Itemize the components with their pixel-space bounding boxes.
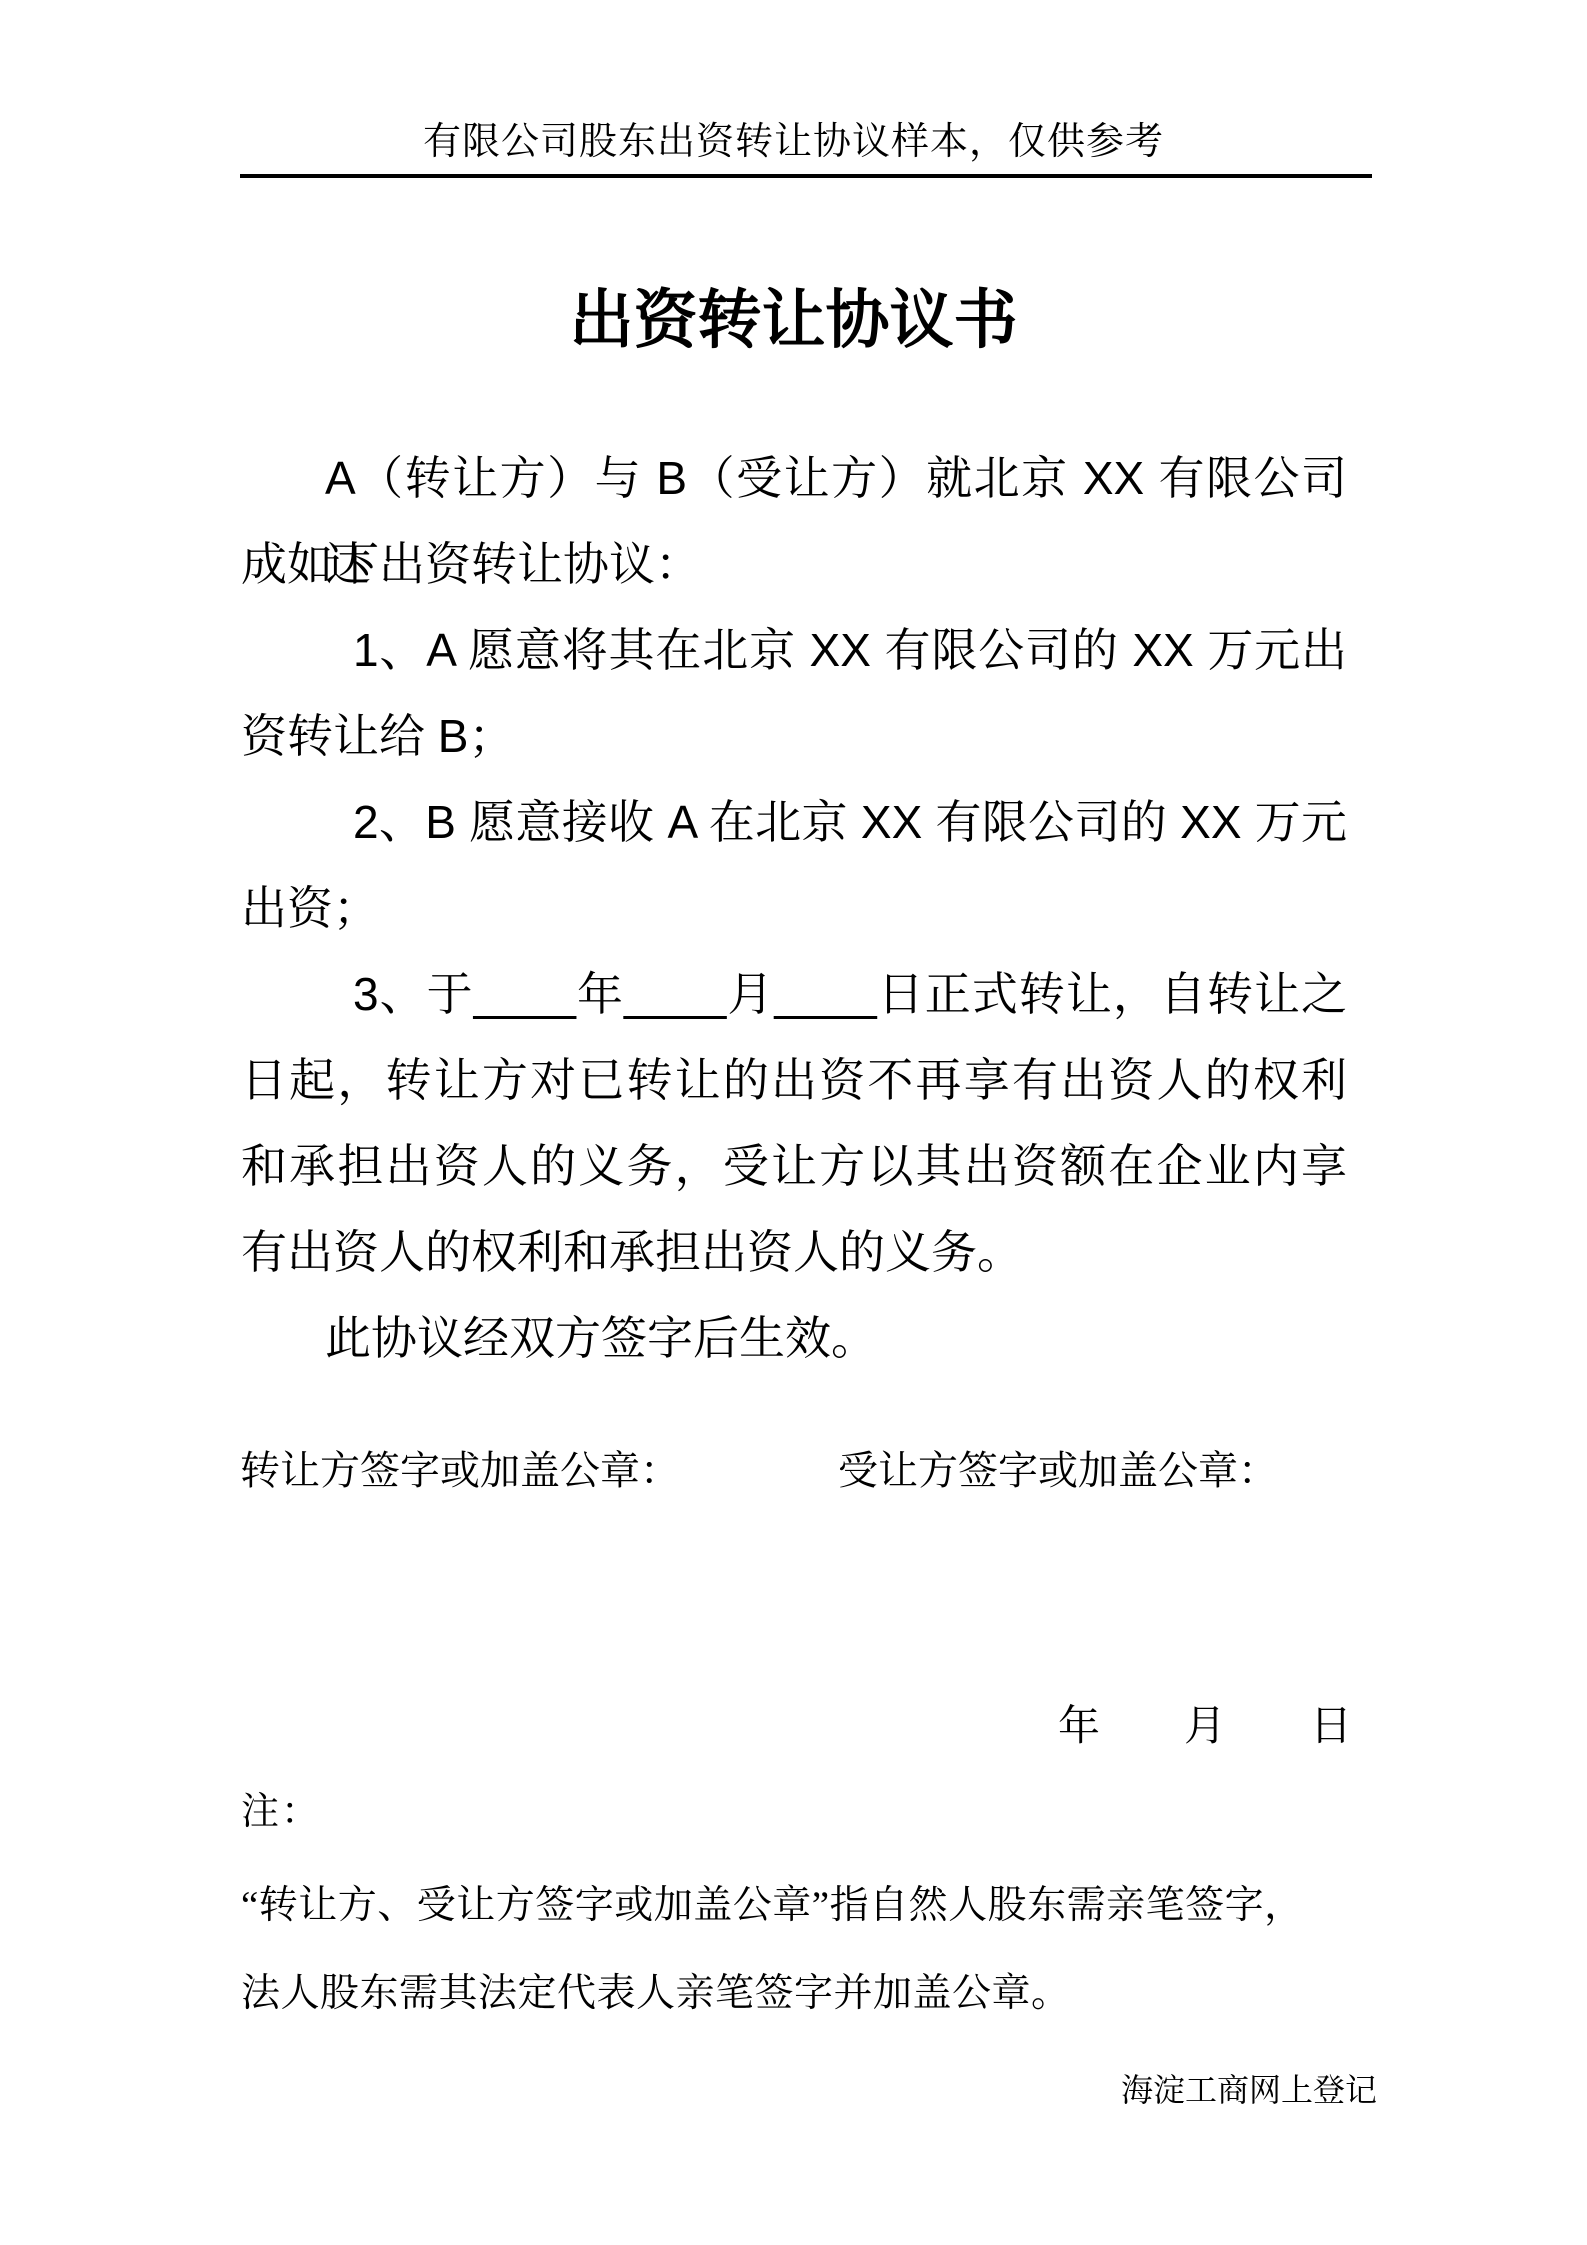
clause-3-line-2: 日起，转让方对已转让的出资不再享有出资人的权利 — [241, 1037, 1347, 1123]
note-text: “转让方、受让方签字或加盖公章”指自然人股东需亲笔签字， 法人股东需其法定代表人… — [241, 1862, 1351, 2038]
clause-3-line-3: 和承担出资人的义务，受让方以其出资额在企业内享 — [241, 1123, 1347, 1209]
note-label: 注： — [241, 1786, 321, 1838]
header-note: 有限公司股东出资转让协议样本，仅供参考 — [240, 114, 1347, 170]
clause-2-line-1: 2、B 愿意接收 A 在北京 XX 有限公司的 XX 万元 — [241, 779, 1347, 865]
note-line-1: “转让方、受让方签字或加盖公章”指自然人股东需亲笔签字， — [241, 1862, 1351, 1950]
clause-1-line-1: 1、A 愿意将其在北京 XX 有限公司的 XX 万元出 — [241, 607, 1347, 693]
note-line-2: 法人股东需其法定代表人亲笔签字并加盖公章。 — [241, 1950, 1351, 2038]
transferor-signature-label: 转让方签字或加盖公章： — [240, 1443, 680, 1499]
clause-1-line-2: 资转让给 B； — [241, 693, 1347, 779]
footer-text: 海淀工商网上登记 — [1121, 2068, 1377, 2112]
header-divider — [240, 174, 1372, 178]
clause-3-line-1: 3、于____年____月____日正式转让，自转让之 — [241, 951, 1347, 1037]
document-title: 出资转让协议书 — [240, 282, 1347, 358]
paragraph-1-line-1: A（转让方）与 B（受让方）就北京 XX 有限公司达 — [241, 435, 1347, 521]
clause-2-line-2: 出资； — [241, 865, 1347, 951]
transferee-signature-label: 受让方签字或加盖公章： — [838, 1443, 1278, 1499]
document-page: 有限公司股东出资转让协议样本，仅供参考 出资转让协议书 A（转让方）与 B（受让… — [0, 0, 1587, 2245]
body-text: A（转让方）与 B（受让方）就北京 XX 有限公司达 成如下出资转让协议： 1、… — [241, 435, 1347, 1381]
paragraph-1-line-2: 成如下出资转让协议： — [241, 521, 1347, 607]
signature-row: 转让方签字或加盖公章： 受让方签字或加盖公章： — [240, 1443, 1347, 1499]
clause-3-line-4: 有出资人的权利和承担出资人的义务。 — [241, 1209, 1347, 1295]
date-line: 年 月 日 — [1058, 1698, 1352, 1754]
effectiveness-line: 此协议经双方签字后生效。 — [241, 1295, 1347, 1381]
